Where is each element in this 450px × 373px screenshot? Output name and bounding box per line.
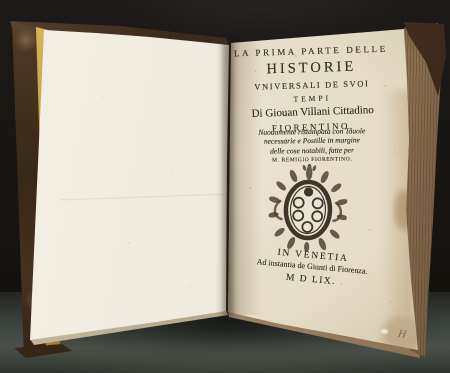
title-line-3: VNIVERSALI DE SVOI — [228, 79, 396, 94]
edition-line-3: delle cose notabili, fatte per — [236, 146, 388, 157]
author-line: Di Giouan Villani Cittadino — [229, 104, 397, 122]
white-fleck — [381, 329, 388, 334]
gutter-shadow — [219, 40, 237, 316]
photo-frame: LA PRIMA PARTE DELLE HISTORIE VNIVERSALI… — [0, 0, 450, 373]
foxing-spots — [50, 40, 225, 330]
handwritten-h-mark: H — [397, 328, 415, 343]
title-block: LA PRIMA PARTE DELLE HISTORIE VNIVERSALI… — [227, 43, 398, 134]
edition-statement: Nuouamente ristampata con Tauole necessa… — [236, 127, 388, 164]
title-line-2: HISTORIE — [227, 57, 395, 79]
medici-coat-of-arms-icon — [267, 163, 348, 254]
